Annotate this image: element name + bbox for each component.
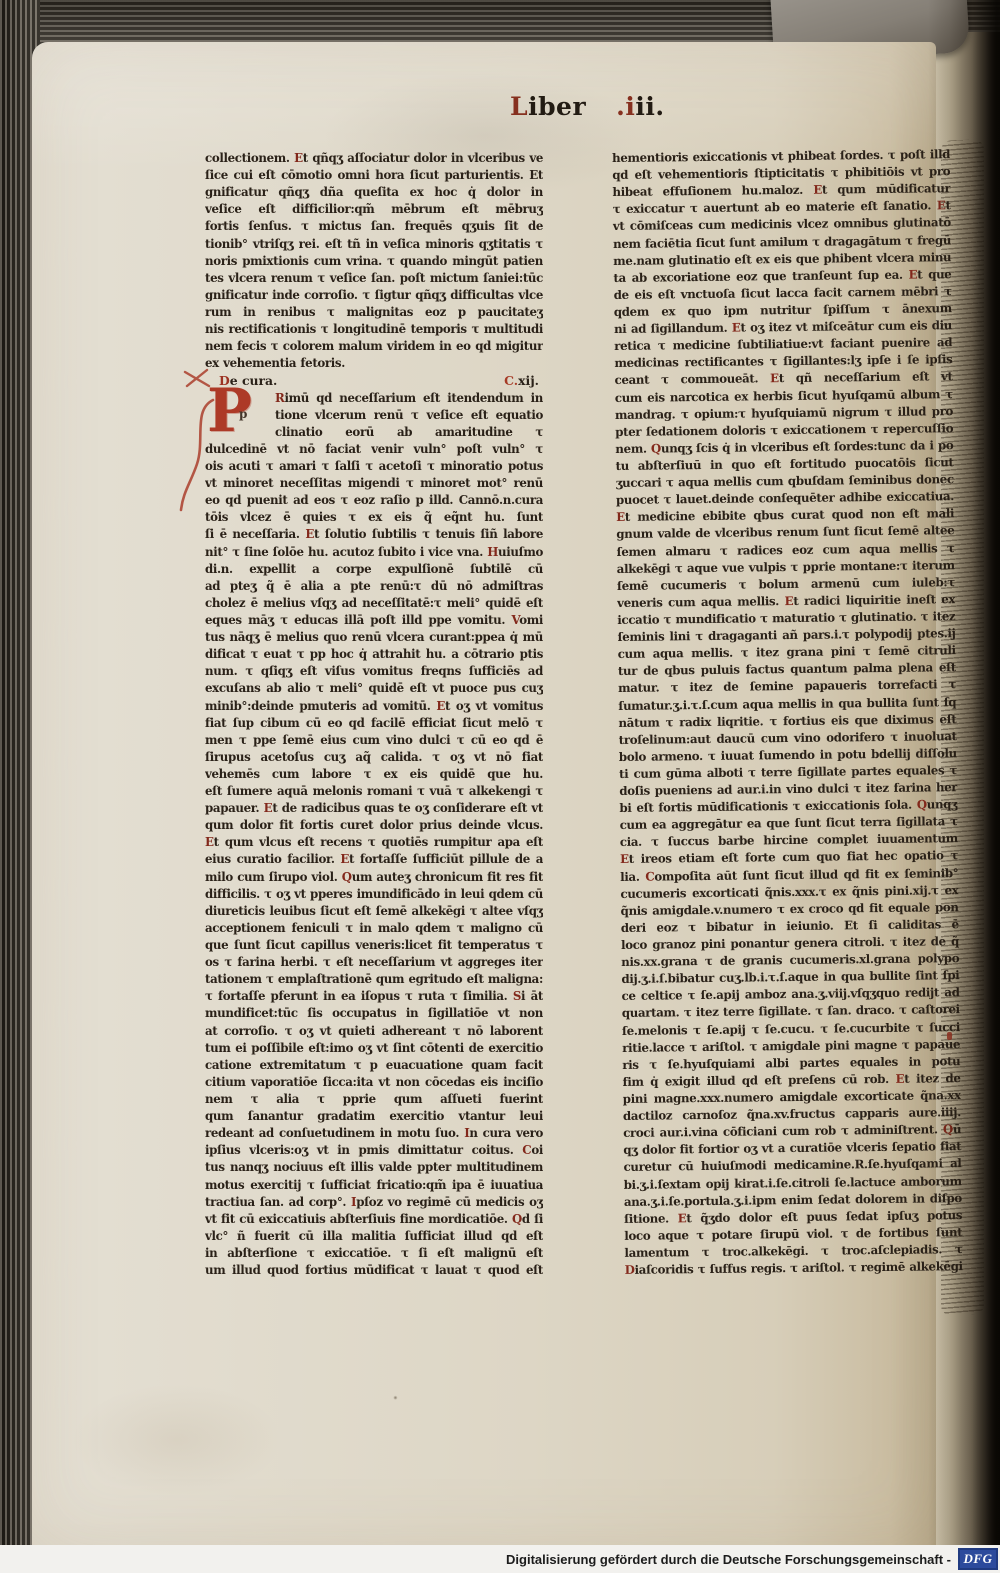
text-line: fortis ſenſus. τ mictus ſan. frequēs qʒu… bbox=[205, 218, 543, 235]
text-line: excuſans ab alio τ meli° quidē eſt vt pu… bbox=[205, 680, 543, 697]
text-line: tus nanqʒ nociuus eſt illis valde ppter … bbox=[205, 1159, 543, 1176]
dfg-logo: DFG bbox=[958, 1548, 998, 1570]
pen-flourish-icon bbox=[177, 364, 225, 524]
text-line: in abſterſione τ exiccatiōe. τ ſi eſt ma… bbox=[205, 1245, 543, 1262]
paragraph-block-right: hementioris exiccationis vt phibeat ſord… bbox=[612, 146, 963, 1279]
text-column-left: collectionem. Et qñqʒ aſſociatur dolor i… bbox=[205, 150, 543, 1279]
text-line: nit° τ ſine ſolōe hu. acutoz ſubito i vi… bbox=[205, 544, 543, 561]
text-line: eius curatio facilior. Et fortaſſe ſuffi… bbox=[205, 851, 543, 868]
text-line: ipſius vlceris:oʒ vt in pmis dimittatur … bbox=[205, 1142, 543, 1159]
text-line: tōis vlcez ē quies τ ex eis q̃ eq̃nt hu.… bbox=[205, 509, 543, 526]
text-line: gnificatur qñqʒ dña queſita ex hoc q̇ do… bbox=[205, 184, 543, 201]
text-line: gnificatur inde corroſio. τ ſigtur qñqʒ … bbox=[205, 287, 543, 304]
text-line: mundificet:tūc ſis occupatus in ſigillat… bbox=[205, 1005, 543, 1022]
text-line: ſirupus acetoſus cuʒ aq̃ calida. τ oʒ vt… bbox=[205, 749, 543, 766]
text-line: τ fortaſſe pferunt in ea iſopus τ ruta τ… bbox=[205, 988, 543, 1005]
text-line: nis rectificationis τ longitudinē tempor… bbox=[205, 321, 543, 338]
text-line: ex vehementia fetoris. bbox=[205, 355, 543, 372]
text-line: catione extremitatum τ p euacuatione qua… bbox=[205, 1057, 543, 1074]
text-line: vt fit cū exiccatiuis abſterſiuis fine m… bbox=[205, 1211, 543, 1228]
text-line: papauer. Et de radicibus quas te oʒ conſ… bbox=[205, 800, 543, 817]
text-line: di.n. expellit a corpe expulſionē ſubtil… bbox=[205, 561, 543, 578]
text-line: at corroſio. τ oʒ vt quieti adhereant τ … bbox=[205, 1023, 543, 1040]
text-line: citium vaporatiōe ſicca:ita vt non cōced… bbox=[205, 1074, 543, 1091]
text-line: tus nāqʒ ē melius quo renū vlcera curant… bbox=[205, 629, 543, 646]
text-line: vehemēs cum labore τ ex eis quidē que hu… bbox=[205, 766, 543, 783]
text-line: ſi ē neceſſaria. Et ſolutio ſubtilis τ t… bbox=[205, 526, 543, 543]
text-line: collectionem. Et qñqʒ aſſociatur dolor i… bbox=[205, 150, 543, 167]
text-line: fiat ſup cibum cū eo qd facilē efficiat … bbox=[205, 715, 543, 732]
text-line: clinatio eorū ab amaritudine τ bauracita… bbox=[275, 424, 543, 441]
text-line: Et qum vlcus eſt recens τ quotiēs rumpit… bbox=[205, 834, 543, 851]
text-line: milo cum ſirupo viol. Qum auteʒ chronicu… bbox=[205, 869, 543, 886]
text-line: noris pmixtionis cum vrina. τ quando min… bbox=[205, 253, 543, 270]
text-line: eo qd puenit ad eos τ eoz raſio p illd. … bbox=[205, 492, 543, 509]
text-column-right: hementioris exiccationis vt phibeat ſord… bbox=[612, 146, 963, 1279]
header-book-number: .iii. bbox=[616, 92, 664, 121]
text-line: men τ ppe ſemē eius cum vino dulci τ cū … bbox=[205, 732, 543, 749]
text-line: Rimū qd neceſſarium eſt itendendum in cu… bbox=[275, 390, 543, 407]
digitization-credit-bar: Digitalisierung gefördert durch die Deut… bbox=[0, 1545, 1000, 1573]
text-line: tione vlcerum renū τ veſice eſt equatio … bbox=[275, 407, 543, 424]
text-line: cholez ē melius vſqʒ ad neceſſitatē:τ me… bbox=[205, 595, 543, 612]
text-line: minib°:deinde pmuteris ad vomitū. Et oʒ … bbox=[205, 698, 543, 715]
text-line: Diaſcoridis τ ſuffus regis. τ ariſtol. τ… bbox=[625, 1258, 963, 1279]
page-header: Liber.iii. bbox=[510, 92, 665, 121]
text-line: acceptionem feniculi τ in malo qdem τ ma… bbox=[205, 920, 543, 937]
text-line: tractiua ſan. ad corp°. Ipſoz vo regimē … bbox=[205, 1194, 543, 1211]
text-line: veſice eſt difficilior:qm̃ mēbrum eſt mē… bbox=[205, 201, 543, 218]
text-line: eques māʒ τ educas illā poſt illd ppe vo… bbox=[205, 612, 543, 629]
text-line: nem τ alia τ pprie qum aſſueti fuerint e… bbox=[205, 1091, 543, 1108]
rubric-chapter-number: C.xij. bbox=[504, 372, 539, 389]
text-line: motus exercitij τ ſufficiat fricatio:qm̃… bbox=[205, 1177, 543, 1194]
header-title: Liber bbox=[510, 92, 586, 121]
text-line: os τ farina herbi. τ eſt neceſſarium vt … bbox=[205, 954, 543, 971]
text-line: tum ei poſſibile eſt:imo oʒ vt ſint cōte… bbox=[205, 1040, 543, 1057]
text-line: vt minoret neceſſitas migendi τ minoret … bbox=[205, 475, 543, 492]
text-line: eſt ſumere aquā melonis romani τ vuā τ a… bbox=[205, 783, 543, 800]
text-line: dulcedinē vt nō faciat venir vuln° poſt … bbox=[205, 441, 543, 458]
text-line: tes vlcera renum τ veſice ſan. poſt mict… bbox=[205, 270, 543, 287]
paragraph-block-1: collectionem. Et qñqʒ aſſociatur dolor i… bbox=[205, 150, 543, 372]
initial-guide-letter: p bbox=[239, 407, 247, 421]
text-line: que ſunt ſicut capillus veneris:licet fi… bbox=[205, 937, 543, 954]
text-line: rum in renibus τ malignitas eoz p paucit… bbox=[205, 304, 543, 321]
text-line: nem fecis τ colorem malum viridem in eo … bbox=[205, 338, 543, 355]
text-line: vlc° ñ fuerit cū illa malitia ſufficiat … bbox=[205, 1228, 543, 1245]
text-line: um illud quod fortius mūdificat τ lauat … bbox=[205, 1262, 543, 1279]
text-line: qum ſanantur gradatim exercitio vtantur … bbox=[205, 1108, 543, 1125]
text-line: ois acuti τ amari τ ſalſi τ acetoſi τ mi… bbox=[205, 458, 543, 475]
text-line: ſice cui eſt cōmotio omni hora ſicut par… bbox=[205, 167, 543, 184]
text-line: num. τ qſiqʒ eſt viſus vomitus freqns ſu… bbox=[205, 663, 543, 680]
text-line: ad pteʒ q̃ ē alia a pte renū:τ dū nō adm… bbox=[205, 578, 543, 595]
text-line: redeant ad conſuetudinem in motu ſuo. In… bbox=[205, 1125, 543, 1142]
book-page-scan: Liber.iii. collectionem. Et qñqʒ aſſocia… bbox=[32, 42, 936, 1545]
text-line: tationem τ emplaſtrationē qum egritudo e… bbox=[205, 971, 543, 988]
text-line: diureticis leuibus ſicut eſt ſemē alkekē… bbox=[205, 903, 543, 920]
text-line: tionib° vtriſqʒ rei. eſt tñ in veſica mi… bbox=[205, 236, 543, 253]
credit-text: Digitalisierung gefördert durch die Deut… bbox=[506, 1552, 951, 1567]
text-line: qum dolor fit fortis curet dolor prius d… bbox=[205, 817, 543, 834]
paragraph-block-2: Rimū qd neceſſarium eſt itendendum in cu… bbox=[205, 390, 543, 1280]
text-line: dificat τ euat τ pp hoc q̇ attrahit hu. … bbox=[205, 646, 543, 663]
text-line: difficilis. τ oʒ vt pperes imundificādo … bbox=[205, 886, 543, 903]
